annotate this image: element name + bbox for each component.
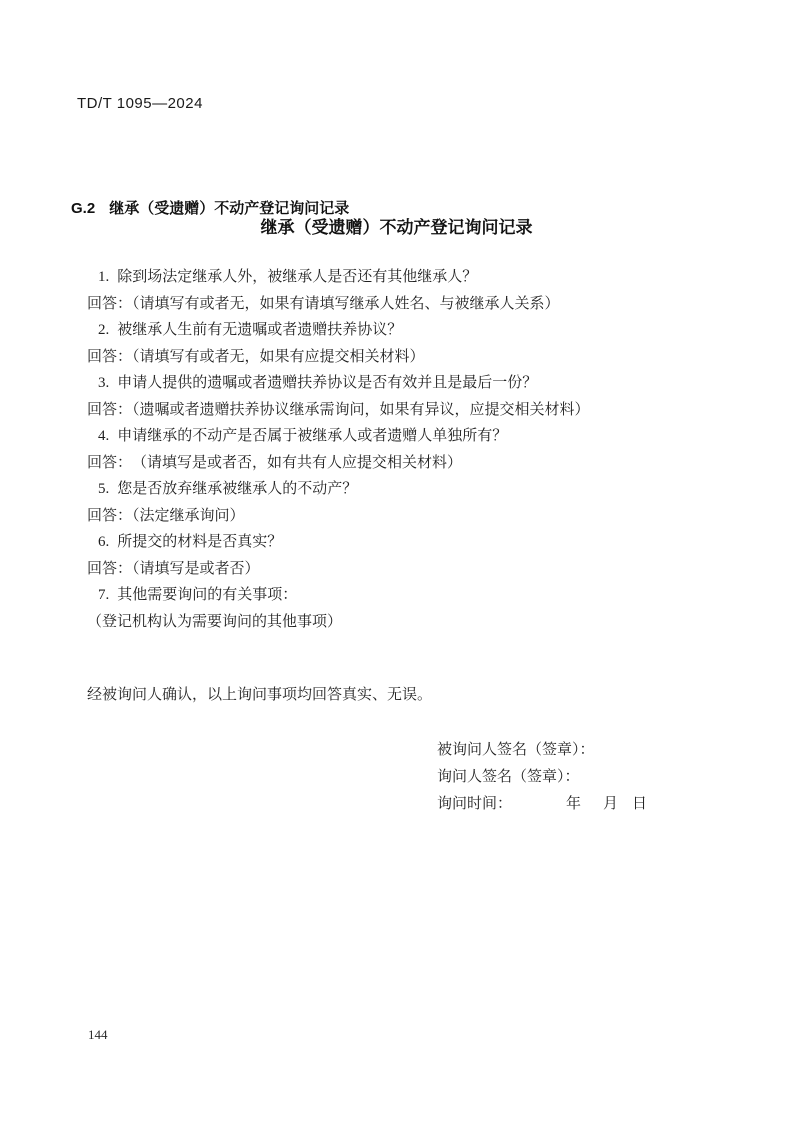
question-line-5: 5.您是否放弃继承被继承人的不动产？ [87, 476, 727, 503]
question-number: 2. [98, 322, 109, 338]
answer-label: 回答： [87, 349, 132, 365]
answer-text: （请填写有或者无，如果有请填写继承人姓名、与被继承人关系） [132, 296, 560, 312]
answer-line-6: 回答：（请填写是或者否） [87, 556, 727, 583]
answer-text: （法定继承询问） [132, 508, 245, 524]
answer-line-5: 回答：（法定继承询问） [87, 503, 727, 530]
signature-block: 被询问人签名（签章）： 询问人签名（签章）： 询问时间：年月日 [437, 737, 647, 818]
question-line-6: 6.所提交的材料是否真实？ [87, 529, 727, 556]
document-page: TD/T 1095—2024 G.2继承（受遗赠）不动产登记询问记录 继承（受遗… [0, 0, 793, 1122]
standard-code: TD/T 1095—2024 [77, 95, 203, 112]
confirmation-statement: 经被询问人确认，以上询问事项均回答真实、无误。 [87, 682, 432, 709]
inquiry-time-label: 询问时间： [437, 796, 512, 812]
interviewee-signature-label: 被询问人签名（签章）： [437, 737, 647, 764]
question-number: 6. [98, 534, 109, 550]
question-number: 5. [98, 481, 109, 497]
question-text: 所提交的材料是否真实？ [117, 534, 282, 550]
question-number: 1. [98, 269, 109, 285]
question-text: 申请人提供的遗嘱或者遗赠扶养协议是否有效并且是最后一份？ [117, 375, 537, 391]
answer-text: （请填写是或者否，如有共有人应提交相关材料） [125, 455, 463, 471]
answer-label: 回答： [87, 508, 132, 524]
answer-text: （请填写是或者否） [132, 561, 260, 577]
day-label: 日 [632, 796, 647, 812]
question-number: 3. [98, 375, 109, 391]
question-line-2: 2.被继承人生前有无遗嘱或者遗赠扶养协议？ [87, 317, 727, 344]
note-line: （登记机构认为需要询问的其他事项） [87, 609, 727, 636]
question-text: 除到场法定继承人外，被继承人是否还有其他继承人？ [117, 269, 477, 285]
answer-label: 回答： [87, 296, 132, 312]
page-number: 144 [88, 1027, 108, 1043]
answer-line-4: 回答： （请填写是或者否，如有共有人应提交相关材料） [87, 450, 727, 477]
answer-label: 回答： [87, 561, 132, 577]
interviewer-signature-label: 询问人签名（签章）： [437, 764, 647, 791]
answer-line-3: 回答：（遗嘱或者遗赠扶养协议继承需询问，如果有异议，应提交相关材料） [87, 397, 727, 424]
month-label: 月 [603, 796, 618, 812]
answer-label: 回答： [87, 455, 125, 471]
form-title: 继承（受遗赠）不动产登记询问记录 [0, 213, 793, 238]
answer-text: （遗嘱或者遗赠扶养协议继承需询问，如果有异议，应提交相关材料） [132, 402, 590, 418]
question-number: 7. [98, 587, 109, 603]
question-answer-list: 1.除到场法定继承人外，被继承人是否还有其他继承人？ 回答：（请填写有或者无，如… [87, 264, 727, 635]
question-text: 被继承人生前有无遗嘱或者遗赠扶养协议？ [117, 322, 402, 338]
question-number: 4. [98, 428, 109, 444]
answer-line-1: 回答：（请填写有或者无，如果有请填写继承人姓名、与被继承人关系） [87, 291, 727, 318]
inquiry-time-line: 询问时间：年月日 [437, 791, 647, 818]
year-label: 年 [566, 796, 581, 812]
question-line-3: 3.申请人提供的遗嘱或者遗赠扶养协议是否有效并且是最后一份？ [87, 370, 727, 397]
question-line-1: 1.除到场法定继承人外，被继承人是否还有其他继承人？ [87, 264, 727, 291]
question-text: 申请继承的不动产是否属于被继承人或者遗赠人单独所有？ [117, 428, 507, 444]
answer-line-2: 回答：（请填写有或者无，如果有应提交相关材料） [87, 344, 727, 371]
question-text: 其他需要询问的有关事项： [117, 587, 297, 603]
question-line-4: 4.申请继承的不动产是否属于被继承人或者遗赠人单独所有？ [87, 423, 727, 450]
question-line-7: 7.其他需要询问的有关事项： [87, 582, 727, 609]
question-text: 您是否放弃继承被继承人的不动产？ [117, 481, 357, 497]
answer-text: （请填写有或者无，如果有应提交相关材料） [132, 349, 425, 365]
answer-label: 回答： [87, 402, 132, 418]
